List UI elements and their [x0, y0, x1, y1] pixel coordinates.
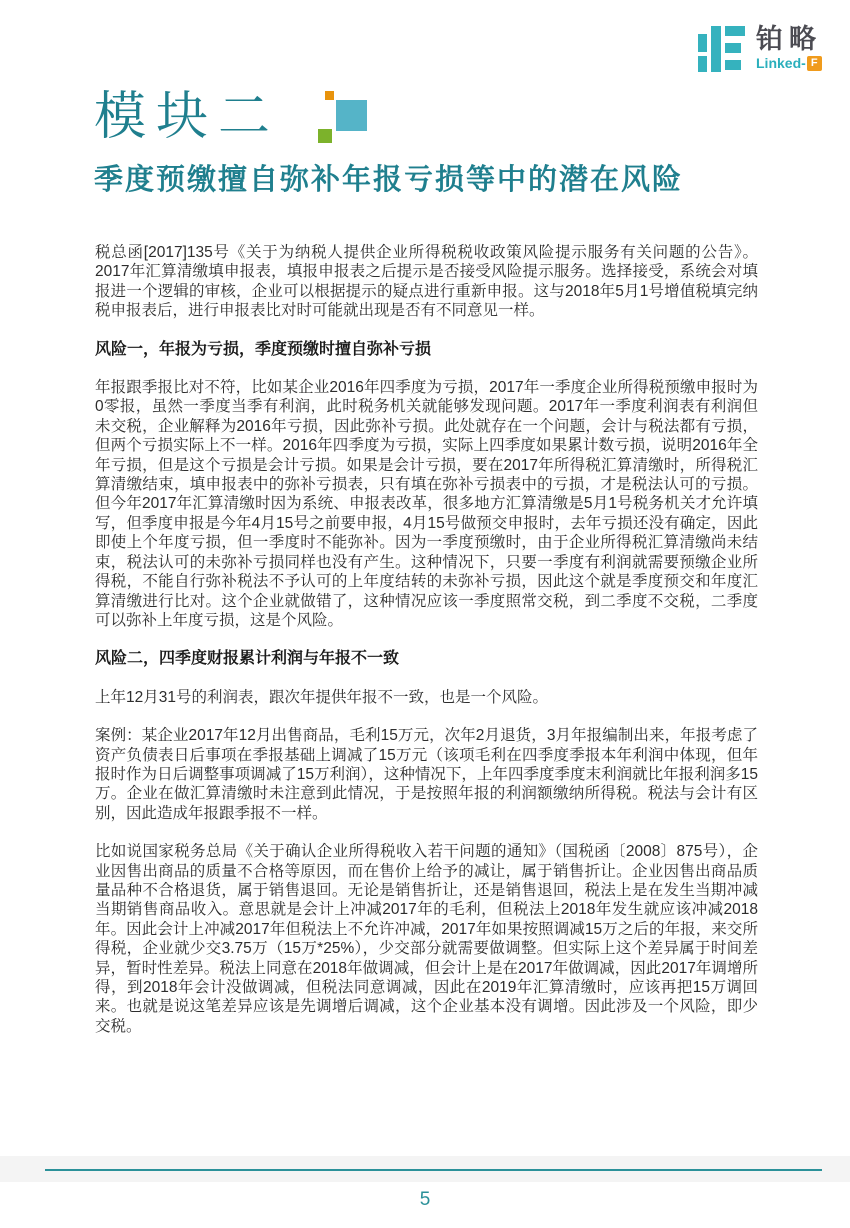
brand-logo: 铂略 Linked- F — [698, 24, 822, 74]
decorative-square-teal — [336, 100, 367, 131]
brand-f-badge: F — [807, 56, 822, 71]
intro-paragraph: 税总函[2017]135号《关于为纳税人提供企业所得税税收政策风险提示服务有关问… — [95, 243, 758, 321]
risk1-heading: 风险一，年报为亏损，季度预缴时擅自弥补亏损 — [95, 340, 758, 359]
risk2-case-paragraph: 案例：某企业2017年12月出售商品，毛利15万元，次年2月退货，3月年报编制出… — [95, 726, 758, 823]
page-subtitle: 季度预缴擅自弥补年报亏损等中的潜在风险 — [94, 157, 683, 198]
page-number: 5 — [0, 1189, 850, 1211]
brand-text: 铂略 Linked- F — [756, 24, 822, 72]
linked-f-logo-icon — [698, 24, 746, 74]
decorative-square-orange — [325, 91, 334, 100]
document-body: 税总函[2017]135号《关于为纳税人提供企业所得税税收政策风险提示服务有关问… — [95, 243, 758, 1055]
brand-name-english-prefix: Linked- — [756, 54, 806, 72]
document-page: 铂略 Linked- F 模块二 季度预缴擅自弥补年报亏损等中的潜在风险 税总函… — [0, 0, 850, 1228]
brand-name-chinese: 铂略 — [756, 24, 822, 54]
decorative-square-green — [318, 129, 332, 143]
risk1-paragraph: 年报跟季报比对不符，比如某企业2016年四季度为亏损，2017年一季度企业所得税… — [95, 378, 758, 630]
module-title: 模块二 — [94, 88, 280, 148]
footer-divider-line — [45, 1169, 822, 1171]
brand-name-english: Linked- F — [756, 54, 822, 72]
risk2-analysis-paragraph: 比如说国家税务总局《关于确认企业所得税收入若干问题的通知》（国税函〔2008〕8… — [95, 842, 758, 1036]
risk2-heading: 风险二，四季度财报累计利润与年报不一致 — [95, 649, 758, 668]
risk2-intro-paragraph: 上年12月31号的利润表，跟次年提供年报不一致，也是一个风险。 — [95, 688, 758, 707]
